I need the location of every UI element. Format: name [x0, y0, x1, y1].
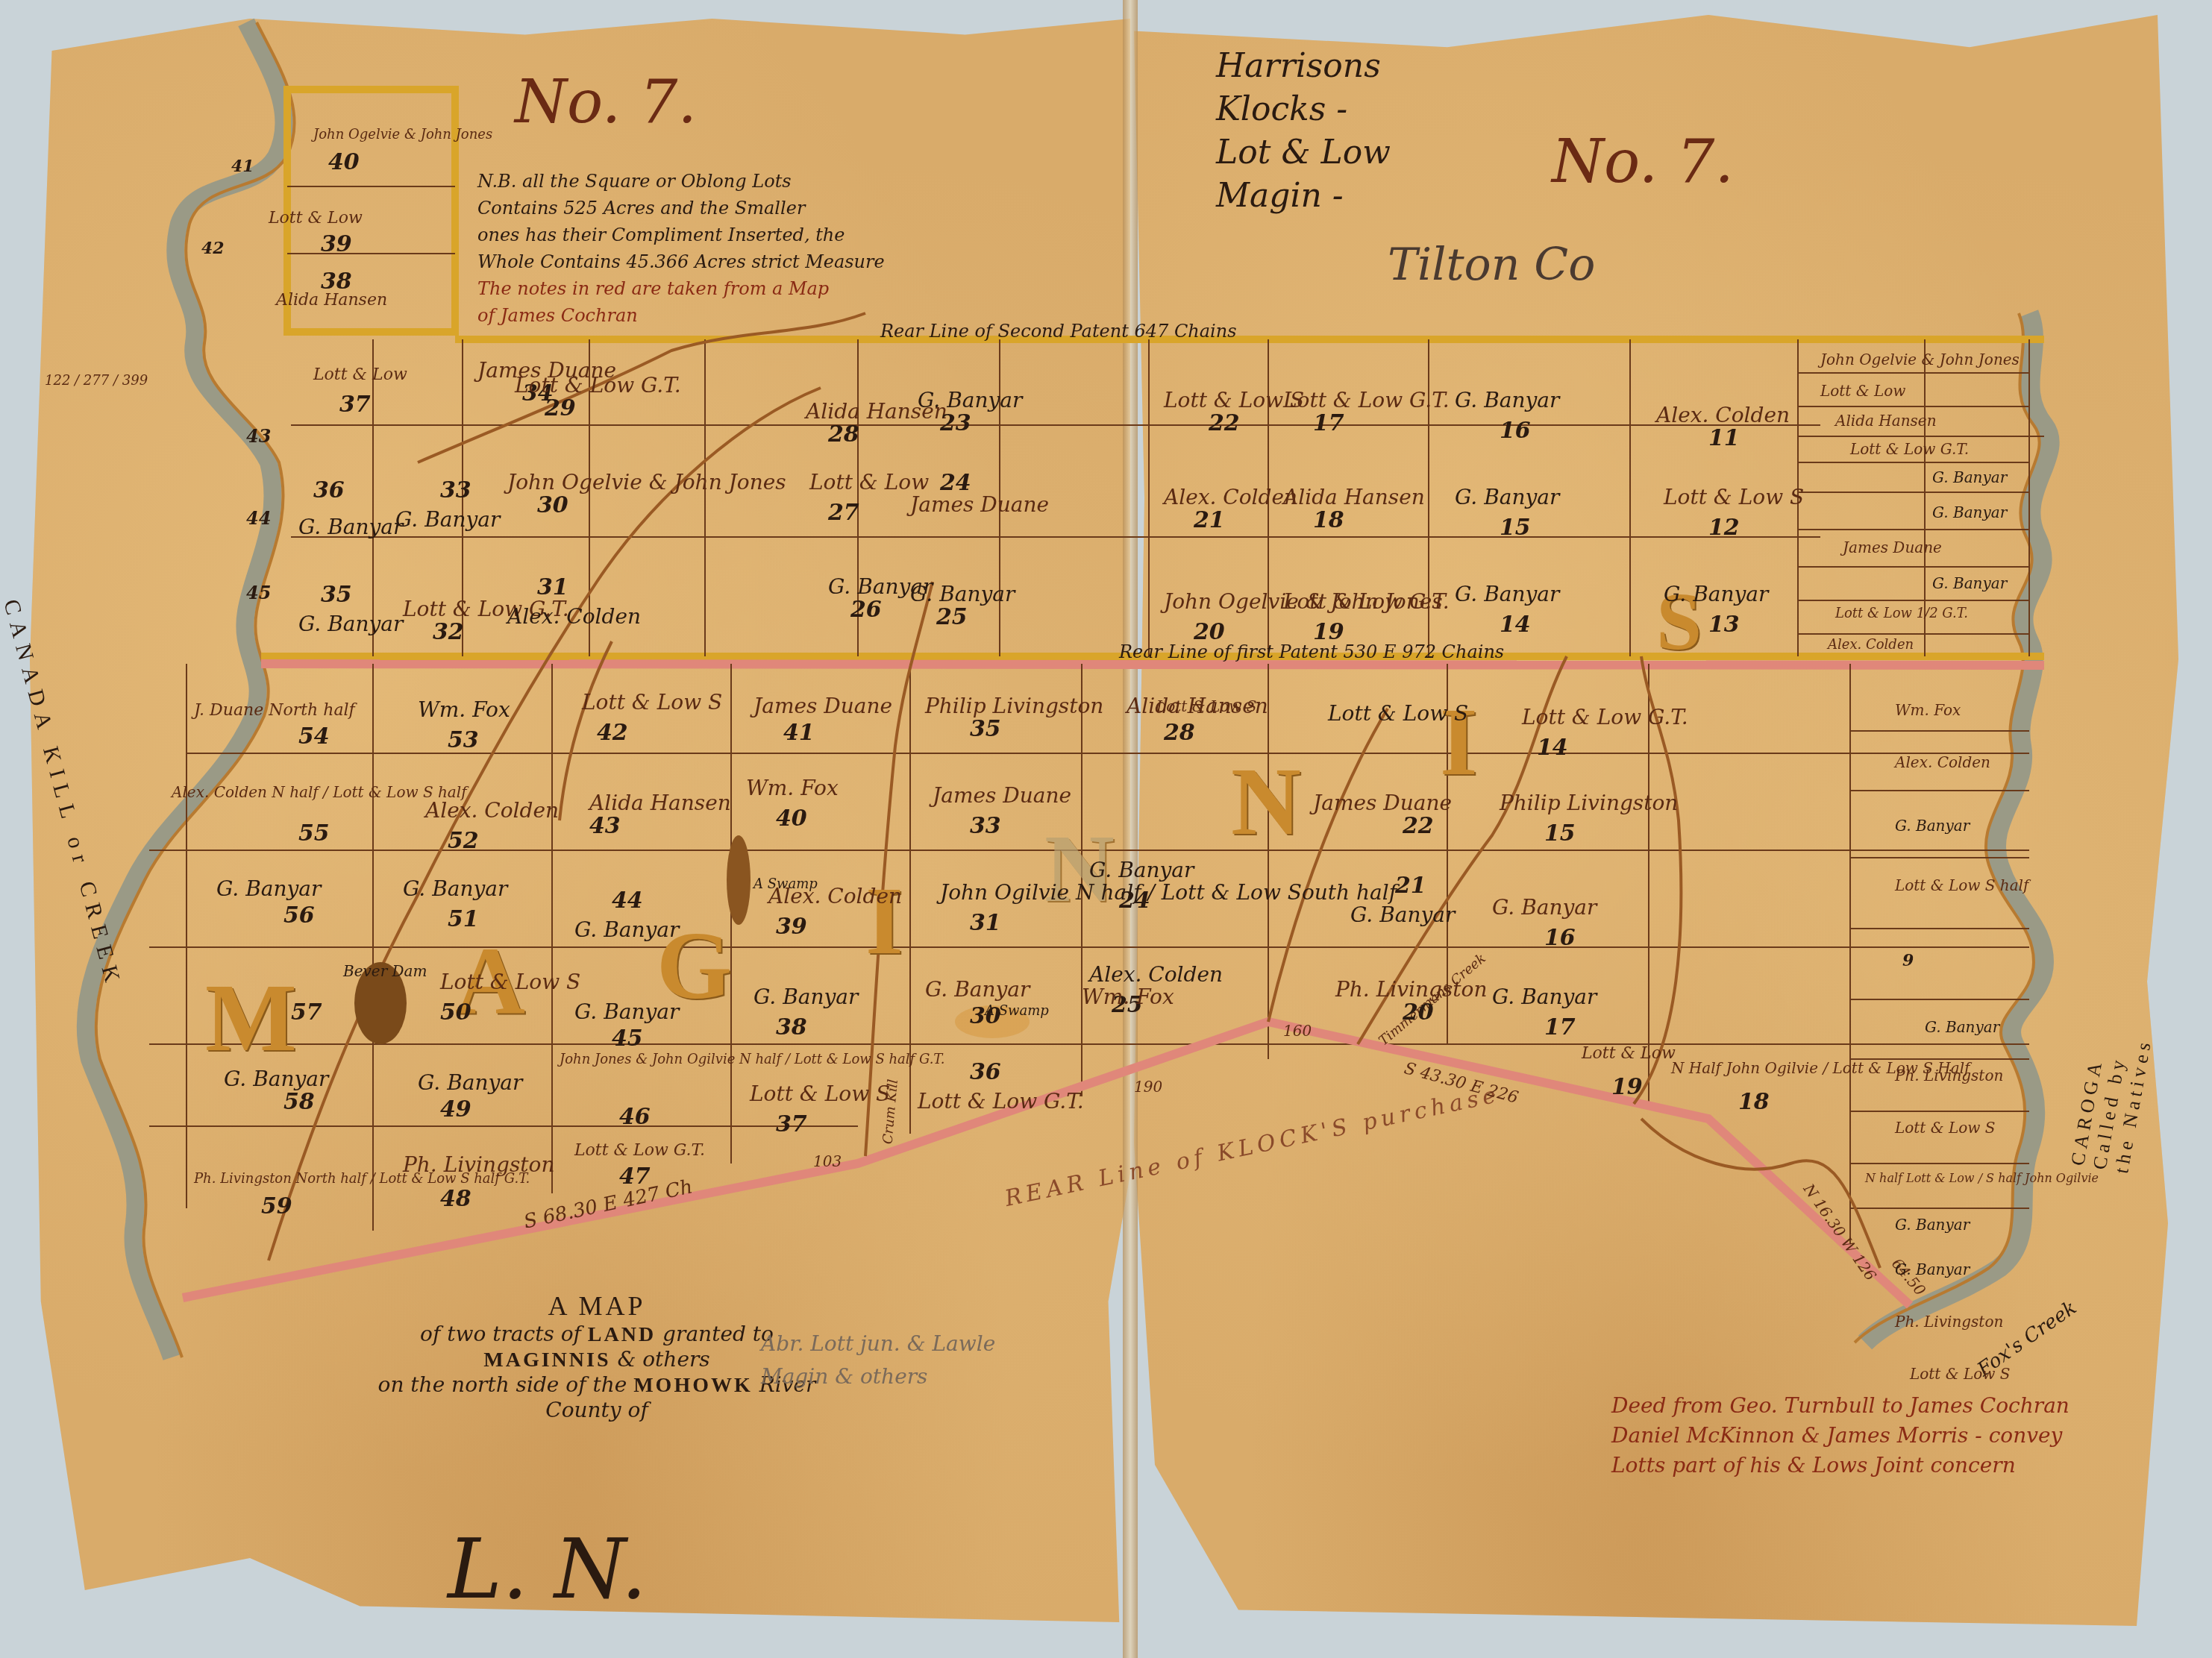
lot-owner: G. Banyar — [910, 582, 1015, 606]
lot-number: 20 — [1194, 619, 1225, 645]
lot-owner: G. Banyar — [574, 999, 679, 1024]
strip-lot-owner: Ph. Livingston — [1895, 1313, 2003, 1331]
lot-number: 31 — [970, 910, 1001, 936]
strip-lot-owner: Lott & Low G.T. — [1850, 440, 1969, 458]
lot-number: 38 — [776, 1014, 807, 1040]
lot-number: 27 — [828, 500, 859, 526]
lot-owner: G. Banyar — [1350, 902, 1455, 927]
lot-number: 33 — [440, 477, 471, 503]
lot-number: 46 — [619, 1104, 651, 1130]
red-note: The notes in red are taken from a Map of… — [477, 275, 829, 329]
lot-number: 40 — [776, 806, 807, 832]
lot-owner: Wm. Fox — [746, 776, 839, 800]
lot-number: 12 — [1708, 515, 1740, 541]
lot-owner: James Duane — [753, 694, 892, 718]
lot-owner: G. Banyar — [1455, 388, 1559, 412]
lot-number: 16 — [1544, 925, 1576, 951]
lot-owner: Philip Livingston — [1500, 791, 1678, 815]
lot-owner: G. Banyar — [918, 388, 1022, 412]
survey-number-margin: 122 / 277 / 399 — [45, 373, 148, 389]
lot-number: 35 — [321, 582, 352, 608]
lot-number: 20 — [1403, 999, 1434, 1026]
lot-number: 45 — [246, 582, 271, 603]
lot-number: 51 — [448, 906, 479, 932]
lot-number: 14 — [1537, 735, 1568, 761]
lot-owner: Alex. Colden — [1089, 962, 1223, 987]
lot-owner: Lott & Low G.T. — [1283, 589, 1450, 614]
lot-number: 52 — [448, 828, 479, 854]
survey-number-190: 190 — [1134, 1078, 1162, 1096]
lot-owner: Lott & Low — [313, 365, 407, 384]
lot-number: 45 — [612, 1026, 643, 1052]
strip-lot-owner: Lott & Low S half — [1895, 876, 2028, 894]
lot-number: 14 — [1500, 612, 1531, 638]
strip-lot-owner: John Ogelvie & John Jones — [1820, 351, 2020, 368]
lot-owner: Alex. Colden — [425, 798, 559, 823]
lot-number: 37 — [776, 1111, 807, 1137]
lot-number: 39 — [776, 914, 807, 940]
lot-owner: John Ogelvie & John Jones — [313, 127, 492, 142]
signature-mark: L. N. — [448, 1522, 647, 1617]
strip-lot-owner: G. Banyar — [1895, 1260, 1970, 1278]
strip-lot-owner: G. Banyar — [1895, 1216, 1970, 1234]
lot-owner: John Ogilvie N half / Lott & Low South h… — [940, 880, 1397, 905]
lot-owner: Wm. Fox — [1082, 985, 1174, 1009]
lot-owner: Lott & Low S — [1156, 697, 1256, 715]
survey-number-103: 103 — [813, 1152, 842, 1170]
lot-owner: Philip Livingston — [925, 694, 1103, 718]
lot-number: 19 — [1611, 1074, 1643, 1100]
lot-number: 36 — [313, 477, 345, 503]
lot-owner: Lott & Low G.T. — [1283, 388, 1450, 412]
lot-owner: John Jones & John Ogilvie N half / Lott … — [560, 1052, 944, 1067]
lot-number: 36 — [970, 1059, 1001, 1085]
giant-letter-n-2: N — [1231, 746, 1301, 858]
lot-owner: G. Banyar — [1664, 582, 1768, 606]
lot-owner: Lott & Low S — [750, 1081, 890, 1106]
lot-owner: Alida Hansen — [1283, 485, 1425, 509]
lot-owner: Lott & Low S — [582, 690, 722, 715]
lot-owner: Lott & Low — [1582, 1044, 1676, 1063]
strip-lot-owner: Lott & Low S — [1910, 1365, 2010, 1383]
strip-lot-owner: G. Banyar — [1932, 468, 2007, 486]
lot-number: 59 — [261, 1193, 292, 1219]
title-line-5: County of — [313, 1398, 880, 1422]
lot-owner: G. Banyar — [1089, 858, 1194, 882]
lot-owner: G. Banyar — [224, 1067, 328, 1091]
lot-owner: Lott & Low S — [440, 970, 580, 994]
lot-owner: Lott & Low — [269, 209, 363, 227]
lot-number: 17 — [1313, 410, 1344, 436]
lot-number: 24 — [940, 470, 971, 496]
lot-owner: Alex. Colden N half / Lott & Low S half — [172, 783, 467, 801]
lot-number: 53 — [448, 727, 479, 753]
lot-number: 16 — [1500, 418, 1531, 444]
nb-note: N.B. all the Square or Oblong Lots Conta… — [477, 168, 885, 275]
lot-owner: Lott & Low S — [1664, 485, 1804, 509]
corner-note: Harrisons Klocks - Lot & Low Magin - — [1216, 45, 1391, 218]
lot-owner: Lott & Low G.T. — [918, 1089, 1084, 1114]
lot-number: 48 — [440, 1186, 471, 1212]
strip-lot-owner: G. Banyar — [1925, 1018, 1999, 1036]
lot-number: 33 — [970, 813, 1001, 839]
lot-owner: G. Banyar — [298, 612, 403, 636]
lot-number: 28 — [1164, 720, 1195, 746]
lot-owner: Alida Hansen — [589, 791, 731, 815]
lot-number: 30 — [970, 1003, 1001, 1029]
lot-number: 42 — [201, 239, 225, 258]
lot-owner: Alex. Colden — [768, 884, 902, 908]
lot-number: 32 — [433, 619, 464, 645]
strip-lot-number: 9 — [1902, 951, 1914, 970]
lot-owner: G. Banyar — [418, 1070, 522, 1095]
lot-number: 43 — [589, 813, 621, 839]
lot-owner: James Duane — [910, 492, 1049, 517]
lot-number: 25 — [936, 604, 968, 630]
lot-owner: James Duane — [933, 783, 1071, 808]
lot-number: 41 — [783, 720, 815, 746]
lot-number: 40 — [328, 149, 360, 175]
rear-line-second-patent-label: Rear Line of Second Patent 647 Chains — [880, 321, 1237, 342]
lot-number: 22 — [1403, 813, 1434, 839]
title-line-1: A MAP — [313, 1290, 880, 1322]
lot-owner: Alex. Colden — [507, 604, 641, 629]
strip-lot-owner: G. Banyar — [1932, 574, 2007, 592]
lot-owner: Lott & Low S — [1328, 701, 1468, 726]
survey-number-160: 160 — [1283, 1022, 1312, 1040]
lot-number: 30 — [537, 492, 568, 518]
lot-owner: Ph. Livingston — [403, 1152, 554, 1177]
lot-number: 21 — [1395, 873, 1426, 899]
strip-lot-owner: Lott & Low — [1820, 382, 1905, 400]
lot-number: 41 — [231, 157, 254, 176]
lot-number: 29 — [545, 395, 576, 421]
lot-number: 13 — [1708, 612, 1740, 638]
lot-owner: G. Banyar — [1455, 485, 1559, 509]
lot-number: 19 — [1313, 619, 1344, 645]
lot-owner: G. Banyar — [753, 985, 858, 1009]
strip-lot-owner: N half Lott & Low / S half John Ogilvie — [1865, 1171, 2099, 1185]
strip-lot-owner: Lott & Low 1/2 G.T. — [1835, 606, 1968, 621]
sheet-number-right: No. 7. — [1552, 127, 1734, 196]
strip-lot-owner: G. Banyar — [1932, 503, 2007, 521]
strip-lot-owner: G. Banyar — [1895, 817, 1970, 835]
lot-number: 18 — [1738, 1089, 1770, 1115]
rear-line-first-patent-label: Rear Line of first Patent 530 E 972 Chai… — [1119, 641, 1504, 662]
lot-number: 38 — [321, 269, 352, 295]
lot-number: 15 — [1500, 515, 1531, 541]
deed-note: Deed from Geo. Turnbull to James Cochran… — [1611, 1391, 2070, 1480]
strip-lot-owner: Ph. Livingston — [1895, 1067, 2003, 1084]
canada-kill-river — [86, 22, 284, 1357]
lot-owner: Wm. Fox — [418, 697, 510, 722]
county-pencil-note: Tilton Co — [1388, 239, 1595, 291]
strip-lot-owner: Wm. Fox — [1895, 701, 1961, 719]
lot-owner: Alex. Colden — [1164, 485, 1297, 509]
lot-number: 42 — [597, 720, 628, 746]
lot-number: 44 — [246, 507, 271, 529]
lot-owner: G. Banyar — [1455, 582, 1559, 606]
lot-owner: G. Banyar — [574, 917, 679, 942]
lot-number: 15 — [1544, 820, 1576, 847]
lot-number: 18 — [1313, 507, 1344, 533]
strip-lot-owner: James Duane — [1843, 538, 1942, 556]
lot-owner: G. Banyar — [1492, 985, 1597, 1009]
lot-number: 26 — [850, 597, 882, 623]
strip-lot-owner: Alex. Colden — [1895, 753, 1990, 771]
lot-owner: Lott & Low G.T. — [1522, 705, 1688, 729]
lot-owner: G. Banyar — [1492, 895, 1597, 920]
bever-dam-label: Bever Dam — [343, 962, 427, 980]
lot-owner: James Duane — [1313, 791, 1452, 815]
lot-owner: G. Banyar — [216, 876, 321, 901]
strip-lot-owner: Lott & Low S — [1895, 1119, 1995, 1137]
lot-number: 49 — [440, 1096, 471, 1122]
lot-owner: John Ogelvie & John Jones — [507, 470, 786, 494]
lot-owner: G. Banyar — [298, 515, 403, 539]
lot-number: 39 — [321, 231, 352, 257]
lot-number: 17 — [1544, 1014, 1576, 1040]
pencil-note: Abr. Lott jun. & Lawle Magin & others — [761, 1328, 995, 1393]
lot-number: 22 — [1209, 410, 1240, 436]
giant-letter-m: M — [205, 962, 297, 1074]
lot-owner: Lott & Low — [809, 470, 929, 494]
giant-letter-i: I — [865, 865, 903, 977]
lot-number: 50 — [440, 999, 471, 1026]
lot-number: 47 — [619, 1164, 651, 1190]
lot-number: 58 — [283, 1089, 315, 1115]
sheet-number-left: No. 7. — [515, 67, 697, 136]
lot-owner: J. Duane North half — [194, 701, 355, 720]
lot-number: 37 — [339, 392, 371, 418]
lot-number: 31 — [537, 574, 568, 600]
lot-number: 44 — [612, 888, 643, 914]
lot-number: 24 — [1119, 888, 1150, 914]
lot-owner: Lott & Low G.T. — [515, 373, 681, 398]
lot-number: 56 — [283, 902, 315, 929]
lot-owner: Ph. Livingston — [1335, 977, 1487, 1002]
lot-number: 21 — [1194, 507, 1225, 533]
lot-number: 57 — [291, 999, 322, 1026]
lot-number: 11 — [1708, 425, 1740, 451]
lot-number: 43 — [246, 425, 271, 447]
lot-owner: Alex. Colden — [1656, 403, 1790, 427]
lot-owner: G. Banyar — [925, 977, 1030, 1002]
lot-number: 23 — [940, 410, 971, 436]
strip-lot-owner: Alida Hansen — [1835, 412, 1937, 430]
lot-number: 35 — [970, 716, 1001, 742]
lot-number: 55 — [298, 820, 330, 847]
rear-line-first-patent — [261, 664, 2044, 665]
lot-number: 28 — [828, 421, 859, 448]
lot-number: 54 — [298, 723, 330, 750]
strip-lot-owner: Alex. Colden — [1828, 637, 1914, 653]
lot-owner: G. Banyar — [403, 876, 507, 901]
lot-owner: Lott & Low G.T. — [574, 1141, 705, 1160]
lot-owner: G. Banyar — [395, 507, 500, 532]
